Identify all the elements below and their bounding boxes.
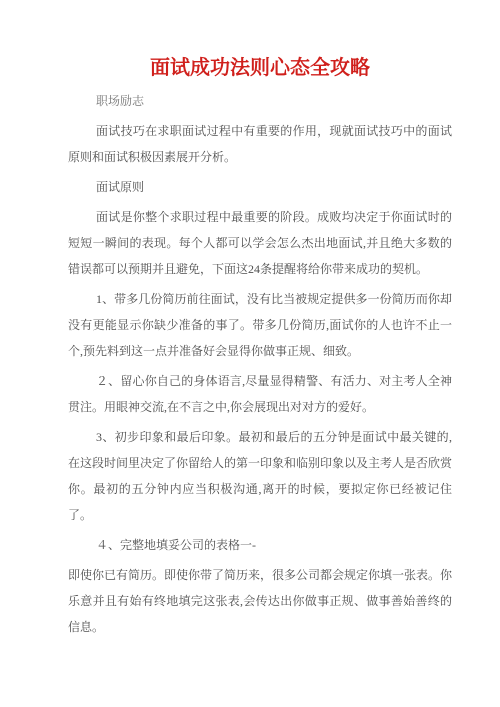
tip-paragraph-4-body: 即使你已有简历。即使你带了简历来，很多公司都会规定你填一张表。你乐意并且有始有终… [68, 562, 452, 640]
tip-paragraph-3: 3、初步印象和最后印象。最初和最后的五分钟是面试中最关键的,在这段时间里决定了你… [68, 424, 452, 528]
page-title: 面试成功法则心态全攻略 [68, 54, 452, 82]
document-page: 面试成功法则心态全攻略 职场励志 面试技巧在求职面试过程中有重要的作用，现就面试… [0, 0, 500, 707]
tip-paragraph-4-lead: ４、完整地填妥公司的表格一- [68, 532, 452, 558]
overview-paragraph: 面试是你整个求职过程中最重要的阶段。成败均决定于你面试时的短短一瞬间的表现。每个… [68, 204, 452, 282]
tip-paragraph-1: 1、带多几份简历前往面试，没有比当被规定提供多一份简历而你却没有更能显示你缺少准… [68, 286, 452, 364]
byline: 职场励志 [68, 88, 452, 114]
section-heading: 面试原则 [68, 174, 452, 200]
tip-paragraph-2: ２、留心你自己的身体语言,尽量显得精警、有活力、对主考人全神贯注。用眼神交流,在… [68, 368, 452, 420]
intro-paragraph: 面试技巧在求职面试过程中有重要的作用，现就面试技巧中的面试原则和面试积极因素展开… [68, 118, 452, 170]
